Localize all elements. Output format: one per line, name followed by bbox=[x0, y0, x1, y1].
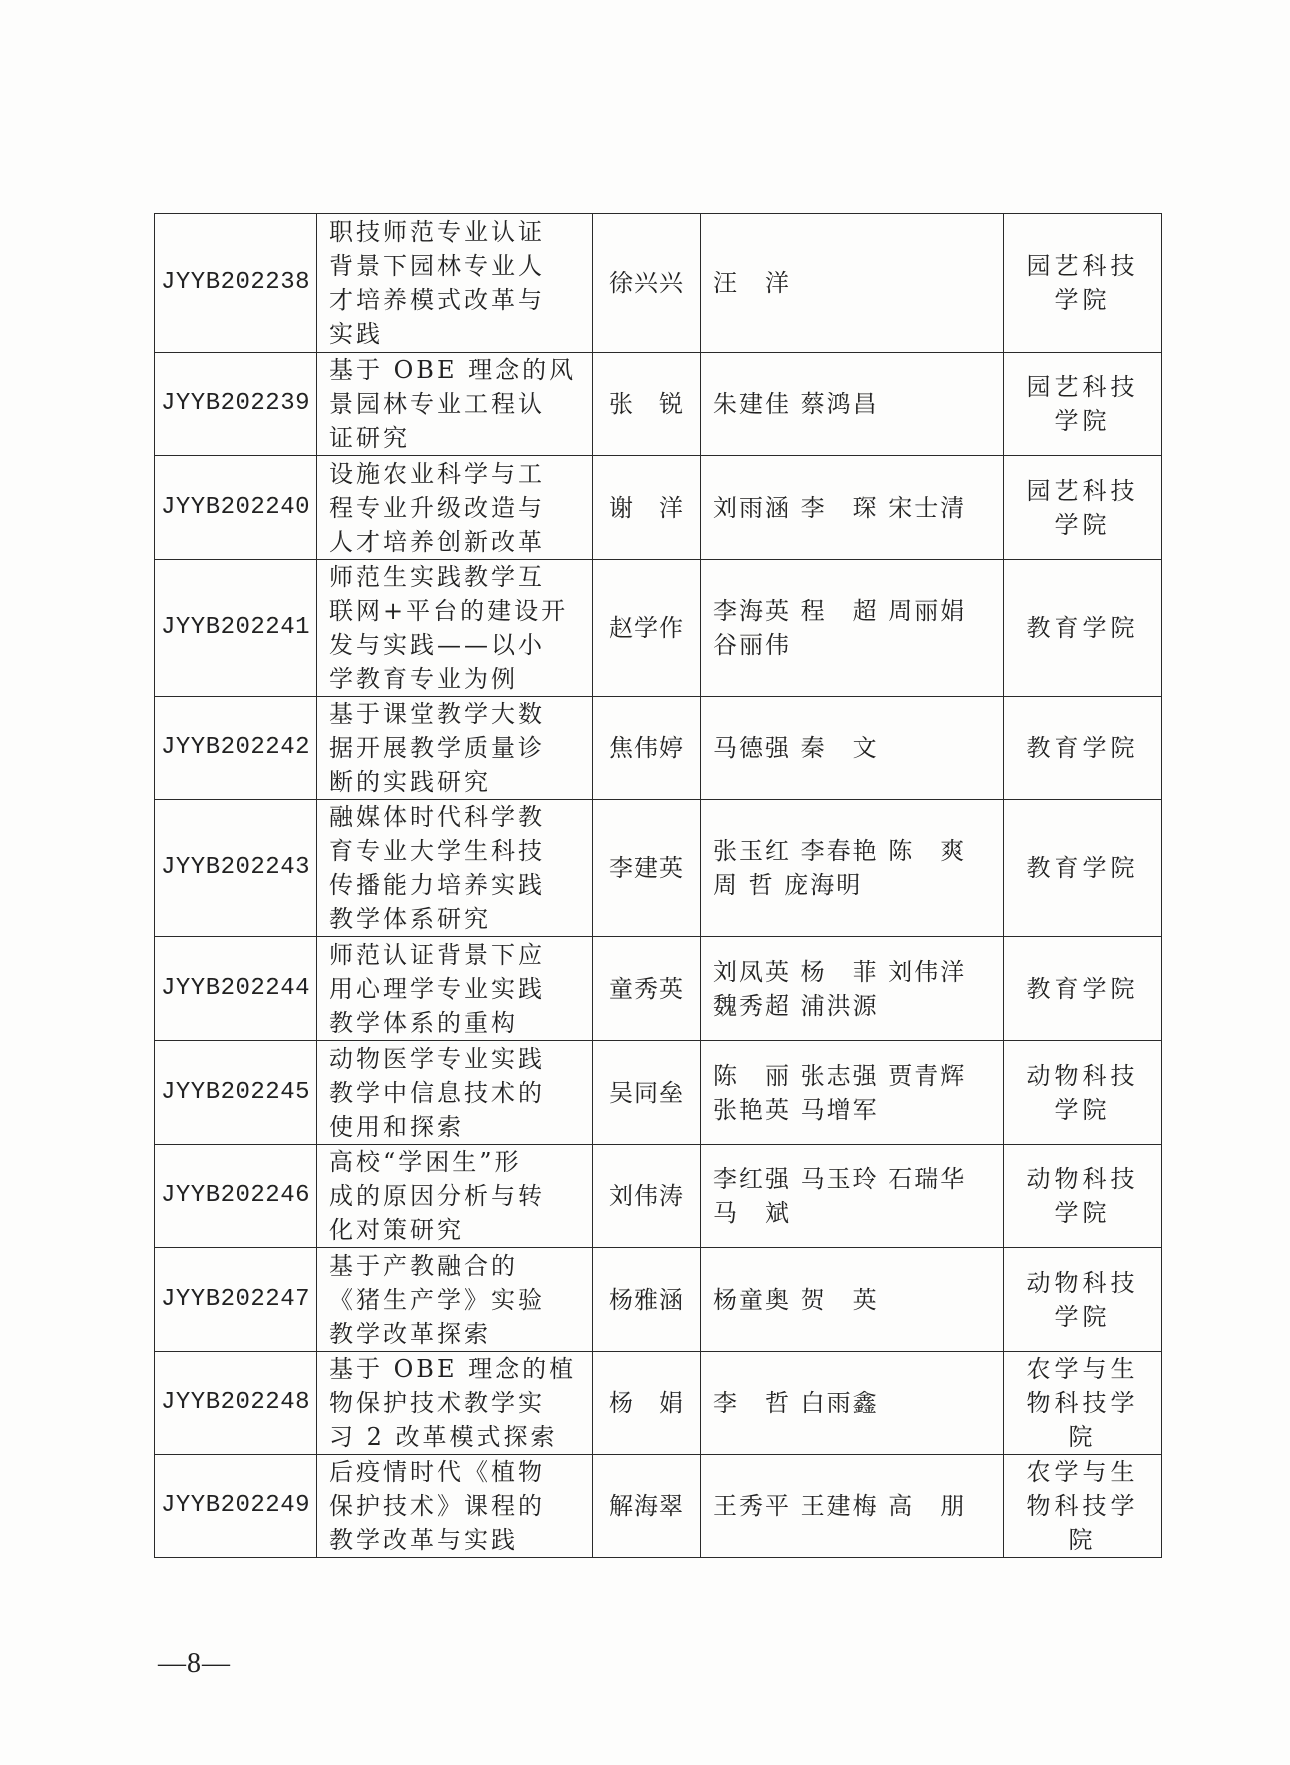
project-title-line: 实践 bbox=[329, 317, 584, 351]
department-line: 学院 bbox=[1010, 404, 1155, 438]
project-title-line: 基于 OBE 理念的风 bbox=[329, 353, 584, 387]
table-body: JYYB202238职技师范专业认证背景下园林专业人才培养模式改革与实践徐兴兴汪… bbox=[155, 214, 1162, 1558]
project-title-cell: 基于 OBE 理念的植物保护技术教学实习 2 改革模式探索 bbox=[317, 1352, 593, 1455]
project-leader-cell: 刘伟涛 bbox=[593, 1145, 701, 1248]
department-line: 农学与生 bbox=[1010, 1352, 1155, 1386]
department-line: 园艺科技 bbox=[1010, 249, 1155, 283]
project-members-line: 李红强 马玉玲 石瑞华 bbox=[713, 1162, 1003, 1196]
department-line: 院 bbox=[1010, 1420, 1155, 1454]
project-title-cell: 基于课堂教学大数据开展教学质量诊断的实践研究 bbox=[317, 697, 593, 800]
department-line: 园艺科技 bbox=[1010, 370, 1155, 404]
project-leader-cell: 谢 洋 bbox=[593, 456, 701, 560]
project-id-cell: JYYB202239 bbox=[155, 353, 317, 456]
project-title-line: 据开展教学质量诊 bbox=[329, 731, 584, 765]
project-title-line: 背景下园林专业人 bbox=[329, 249, 584, 283]
table-row: JYYB202247基于产教融合的《猪生产学》实验教学改革探索杨雅涵杨童奥 贺 … bbox=[155, 1248, 1162, 1352]
project-members-cell: 刘雨涵 李 琛 宋士清 bbox=[701, 456, 1004, 560]
project-members-cell: 陈 丽 张志强 贾青辉张艳英 马增军 bbox=[701, 1041, 1004, 1145]
project-members-cell: 王秀平 王建梅 高 朋 bbox=[701, 1455, 1004, 1558]
project-id-cell: JYYB202243 bbox=[155, 800, 317, 937]
project-id-cell: JYYB202249 bbox=[155, 1455, 317, 1558]
project-leader-cell: 焦伟婷 bbox=[593, 697, 701, 800]
project-members-line: 刘雨涵 李 琛 宋士清 bbox=[713, 491, 1003, 525]
project-members-line: 张艳英 马增军 bbox=[713, 1093, 1003, 1127]
project-title-cell: 师范认证背景下应用心理学专业实践教学体系的重构 bbox=[317, 937, 593, 1041]
project-title-line: 融媒体时代科学教 bbox=[329, 800, 584, 834]
project-members-cell: 李海英 程 超 周丽娟谷丽伟 bbox=[701, 560, 1004, 697]
project-members-line: 杨童奥 贺 英 bbox=[713, 1283, 1003, 1317]
department-line: 农学与生 bbox=[1010, 1455, 1155, 1489]
table-row: JYYB202249后疫情时代《植物保护技术》课程的教学改革与实践解海翠王秀平 … bbox=[155, 1455, 1162, 1558]
department-line: 物科技学 bbox=[1010, 1489, 1155, 1523]
table-row: JYYB202248基于 OBE 理念的植物保护技术教学实习 2 改革模式探索杨… bbox=[155, 1352, 1162, 1455]
project-title-line: 教学体系的重构 bbox=[329, 1006, 584, 1040]
project-title-cell: 设施农业科学与工程专业升级改造与人才培养创新改革 bbox=[317, 456, 593, 560]
project-id-cell: JYYB202247 bbox=[155, 1248, 317, 1352]
table-row: JYYB202244师范认证背景下应用心理学专业实践教学体系的重构童秀英刘凤英 … bbox=[155, 937, 1162, 1041]
department-line: 教育学院 bbox=[1010, 731, 1155, 765]
project-members-cell: 朱建佳 蔡鸿昌 bbox=[701, 353, 1004, 456]
project-title-line: 职技师范专业认证 bbox=[329, 215, 584, 249]
department-line: 动物科技 bbox=[1010, 1266, 1155, 1300]
project-title-line: 教学中信息技术的 bbox=[329, 1076, 584, 1110]
project-title-line: 传播能力培养实践 bbox=[329, 868, 584, 902]
project-members-line: 朱建佳 蔡鸿昌 bbox=[713, 387, 1003, 421]
project-members-line: 马 斌 bbox=[713, 1196, 1003, 1230]
project-title-line: 教学改革探索 bbox=[329, 1317, 584, 1351]
table-row: JYYB202246高校“学困生”形成的原因分析与转化对策研究刘伟涛李红强 马玉… bbox=[155, 1145, 1162, 1248]
project-title-line: 使用和探索 bbox=[329, 1110, 584, 1144]
project-members-line: 刘凤英 杨 菲 刘伟洋 bbox=[713, 955, 1003, 989]
project-title-line: 育专业大学生科技 bbox=[329, 834, 584, 868]
project-title-cell: 基于产教融合的《猪生产学》实验教学改革探索 bbox=[317, 1248, 593, 1352]
department-cell: 园艺科技学院 bbox=[1004, 353, 1162, 456]
project-members-line: 马德强 秦 文 bbox=[713, 731, 1003, 765]
project-members-line: 王秀平 王建梅 高 朋 bbox=[713, 1489, 1003, 1523]
department-cell: 动物科技学院 bbox=[1004, 1145, 1162, 1248]
project-members-line: 魏秀超 浦洪源 bbox=[713, 989, 1003, 1023]
department-line: 学院 bbox=[1010, 1300, 1155, 1334]
department-line: 学院 bbox=[1010, 1093, 1155, 1127]
project-leader-cell: 赵学作 bbox=[593, 560, 701, 697]
project-title-line: 后疫情时代《植物 bbox=[329, 1455, 584, 1489]
project-leader-cell: 吴同垒 bbox=[593, 1041, 701, 1145]
project-leader-cell: 徐兴兴 bbox=[593, 214, 701, 353]
project-title-line: 学教育专业为例 bbox=[329, 662, 584, 696]
project-title-line: 教学改革与实践 bbox=[329, 1523, 584, 1557]
table-row: JYYB202240设施农业科学与工程专业升级改造与人才培养创新改革谢 洋刘雨涵… bbox=[155, 456, 1162, 560]
page-number: —8— bbox=[158, 1648, 231, 1680]
project-title-line: 物保护技术教学实 bbox=[329, 1386, 584, 1420]
table-row: JYYB202239基于 OBE 理念的风景园林专业工程认证研究张 锐朱建佳 蔡… bbox=[155, 353, 1162, 456]
project-title-line: 景园林专业工程认 bbox=[329, 387, 584, 421]
project-members-line: 陈 丽 张志强 贾青辉 bbox=[713, 1059, 1003, 1093]
project-leader-cell: 张 锐 bbox=[593, 353, 701, 456]
project-id-cell: JYYB202246 bbox=[155, 1145, 317, 1248]
project-title-line: 才培养模式改革与 bbox=[329, 283, 584, 317]
department-line: 动物科技 bbox=[1010, 1162, 1155, 1196]
project-leader-cell: 杨 娟 bbox=[593, 1352, 701, 1455]
department-cell: 教育学院 bbox=[1004, 560, 1162, 697]
project-title-line: 成的原因分析与转 bbox=[329, 1179, 584, 1213]
department-cell: 园艺科技学院 bbox=[1004, 214, 1162, 353]
project-title-line: 人才培养创新改革 bbox=[329, 525, 584, 559]
project-title-line: 动物医学专业实践 bbox=[329, 1042, 584, 1076]
project-title-line: 师范认证背景下应 bbox=[329, 938, 584, 972]
project-id-cell: JYYB202241 bbox=[155, 560, 317, 697]
department-line: 教育学院 bbox=[1010, 972, 1155, 1006]
department-cell: 教育学院 bbox=[1004, 697, 1162, 800]
project-title-cell: 动物医学专业实践教学中信息技术的使用和探索 bbox=[317, 1041, 593, 1145]
project-members-cell: 刘凤英 杨 菲 刘伟洋魏秀超 浦洪源 bbox=[701, 937, 1004, 1041]
project-title-line: 断的实践研究 bbox=[329, 765, 584, 799]
project-title-line: 《猪生产学》实验 bbox=[329, 1283, 584, 1317]
project-members-line: 张玉红 李春艳 陈 爽 bbox=[713, 834, 1003, 868]
department-line: 学院 bbox=[1010, 1196, 1155, 1230]
project-members-cell: 李红强 马玉玲 石瑞华马 斌 bbox=[701, 1145, 1004, 1248]
department-cell: 教育学院 bbox=[1004, 937, 1162, 1041]
project-title-cell: 职技师范专业认证背景下园林专业人才培养模式改革与实践 bbox=[317, 214, 593, 353]
project-title-line: 证研究 bbox=[329, 421, 584, 455]
department-cell: 动物科技学院 bbox=[1004, 1041, 1162, 1145]
table-row: JYYB202242基于课堂教学大数据开展教学质量诊断的实践研究焦伟婷马德强 秦… bbox=[155, 697, 1162, 800]
department-line: 学院 bbox=[1010, 283, 1155, 317]
department-cell: 农学与生物科技学院 bbox=[1004, 1352, 1162, 1455]
project-title-line: 用心理学专业实践 bbox=[329, 972, 584, 1006]
project-title-line: 设施农业科学与工 bbox=[329, 457, 584, 491]
department-line: 物科技学 bbox=[1010, 1386, 1155, 1420]
project-members-cell: 马德强 秦 文 bbox=[701, 697, 1004, 800]
project-leader-cell: 童秀英 bbox=[593, 937, 701, 1041]
project-title-line: 基于产教融合的 bbox=[329, 1249, 584, 1283]
department-line: 动物科技 bbox=[1010, 1059, 1155, 1093]
project-members-line: 周 哲 庞海明 bbox=[713, 868, 1003, 902]
table-row: JYYB202243融媒体时代科学教育专业大学生科技传播能力培养实践教学体系研究… bbox=[155, 800, 1162, 937]
project-title-line: 师范生实践教学互 bbox=[329, 560, 584, 594]
project-id-cell: JYYB202245 bbox=[155, 1041, 317, 1145]
project-members-line: 李 哲 白雨鑫 bbox=[713, 1386, 1003, 1420]
project-id-cell: JYYB202248 bbox=[155, 1352, 317, 1455]
project-id-cell: JYYB202242 bbox=[155, 697, 317, 800]
project-title-line: 保护技术》课程的 bbox=[329, 1489, 584, 1523]
project-title-line: 教学体系研究 bbox=[329, 902, 584, 936]
department-line: 园艺科技 bbox=[1010, 474, 1155, 508]
project-title-cell: 高校“学困生”形成的原因分析与转化对策研究 bbox=[317, 1145, 593, 1248]
project-title-line: 发与实践——以小 bbox=[329, 628, 584, 662]
project-members-line: 李海英 程 超 周丽娟 bbox=[713, 594, 1003, 628]
project-leader-cell: 李建英 bbox=[593, 800, 701, 937]
project-id-cell: JYYB202238 bbox=[155, 214, 317, 353]
project-title-cell: 基于 OBE 理念的风景园林专业工程认证研究 bbox=[317, 353, 593, 456]
project-title-line: 基于 OBE 理念的植 bbox=[329, 1352, 584, 1386]
project-members-cell: 杨童奥 贺 英 bbox=[701, 1248, 1004, 1352]
project-title-line: 高校“学困生”形 bbox=[329, 1145, 584, 1179]
project-members-line: 谷丽伟 bbox=[713, 628, 1003, 662]
department-line: 学院 bbox=[1010, 508, 1155, 542]
department-line: 教育学院 bbox=[1010, 851, 1155, 885]
project-members-line: 汪 洋 bbox=[713, 266, 1003, 300]
project-title-line: 习 2 改革模式探索 bbox=[329, 1420, 584, 1454]
project-leader-cell: 解海翠 bbox=[593, 1455, 701, 1558]
project-members-cell: 汪 洋 bbox=[701, 214, 1004, 353]
project-title-line: 基于课堂教学大数 bbox=[329, 697, 584, 731]
project-title-line: 化对策研究 bbox=[329, 1213, 584, 1247]
project-title-cell: 融媒体时代科学教育专业大学生科技传播能力培养实践教学体系研究 bbox=[317, 800, 593, 937]
project-leader-cell: 杨雅涵 bbox=[593, 1248, 701, 1352]
project-title-cell: 师范生实践教学互联网+平台的建设开发与实践——以小学教育专业为例 bbox=[317, 560, 593, 697]
table-row: JYYB202238职技师范专业认证背景下园林专业人才培养模式改革与实践徐兴兴汪… bbox=[155, 214, 1162, 353]
table-row: JYYB202241师范生实践教学互联网+平台的建设开发与实践——以小学教育专业… bbox=[155, 560, 1162, 697]
project-title-line: 程专业升级改造与 bbox=[329, 491, 584, 525]
project-table: JYYB202238职技师范专业认证背景下园林专业人才培养模式改革与实践徐兴兴汪… bbox=[154, 213, 1162, 1558]
department-cell: 教育学院 bbox=[1004, 800, 1162, 937]
project-id-cell: JYYB202240 bbox=[155, 456, 317, 560]
project-id-cell: JYYB202244 bbox=[155, 937, 317, 1041]
department-line: 院 bbox=[1010, 1523, 1155, 1557]
project-members-cell: 李 哲 白雨鑫 bbox=[701, 1352, 1004, 1455]
department-line: 教育学院 bbox=[1010, 611, 1155, 645]
project-title-line: 联网+平台的建设开 bbox=[329, 594, 584, 628]
department-cell: 农学与生物科技学院 bbox=[1004, 1455, 1162, 1558]
department-cell: 动物科技学院 bbox=[1004, 1248, 1162, 1352]
project-members-cell: 张玉红 李春艳 陈 爽 周 哲 庞海明 bbox=[701, 800, 1004, 937]
project-title-cell: 后疫情时代《植物保护技术》课程的教学改革与实践 bbox=[317, 1455, 593, 1558]
department-cell: 园艺科技学院 bbox=[1004, 456, 1162, 560]
table-row: JYYB202245动物医学专业实践教学中信息技术的使用和探索吴同垒陈 丽 张志… bbox=[155, 1041, 1162, 1145]
